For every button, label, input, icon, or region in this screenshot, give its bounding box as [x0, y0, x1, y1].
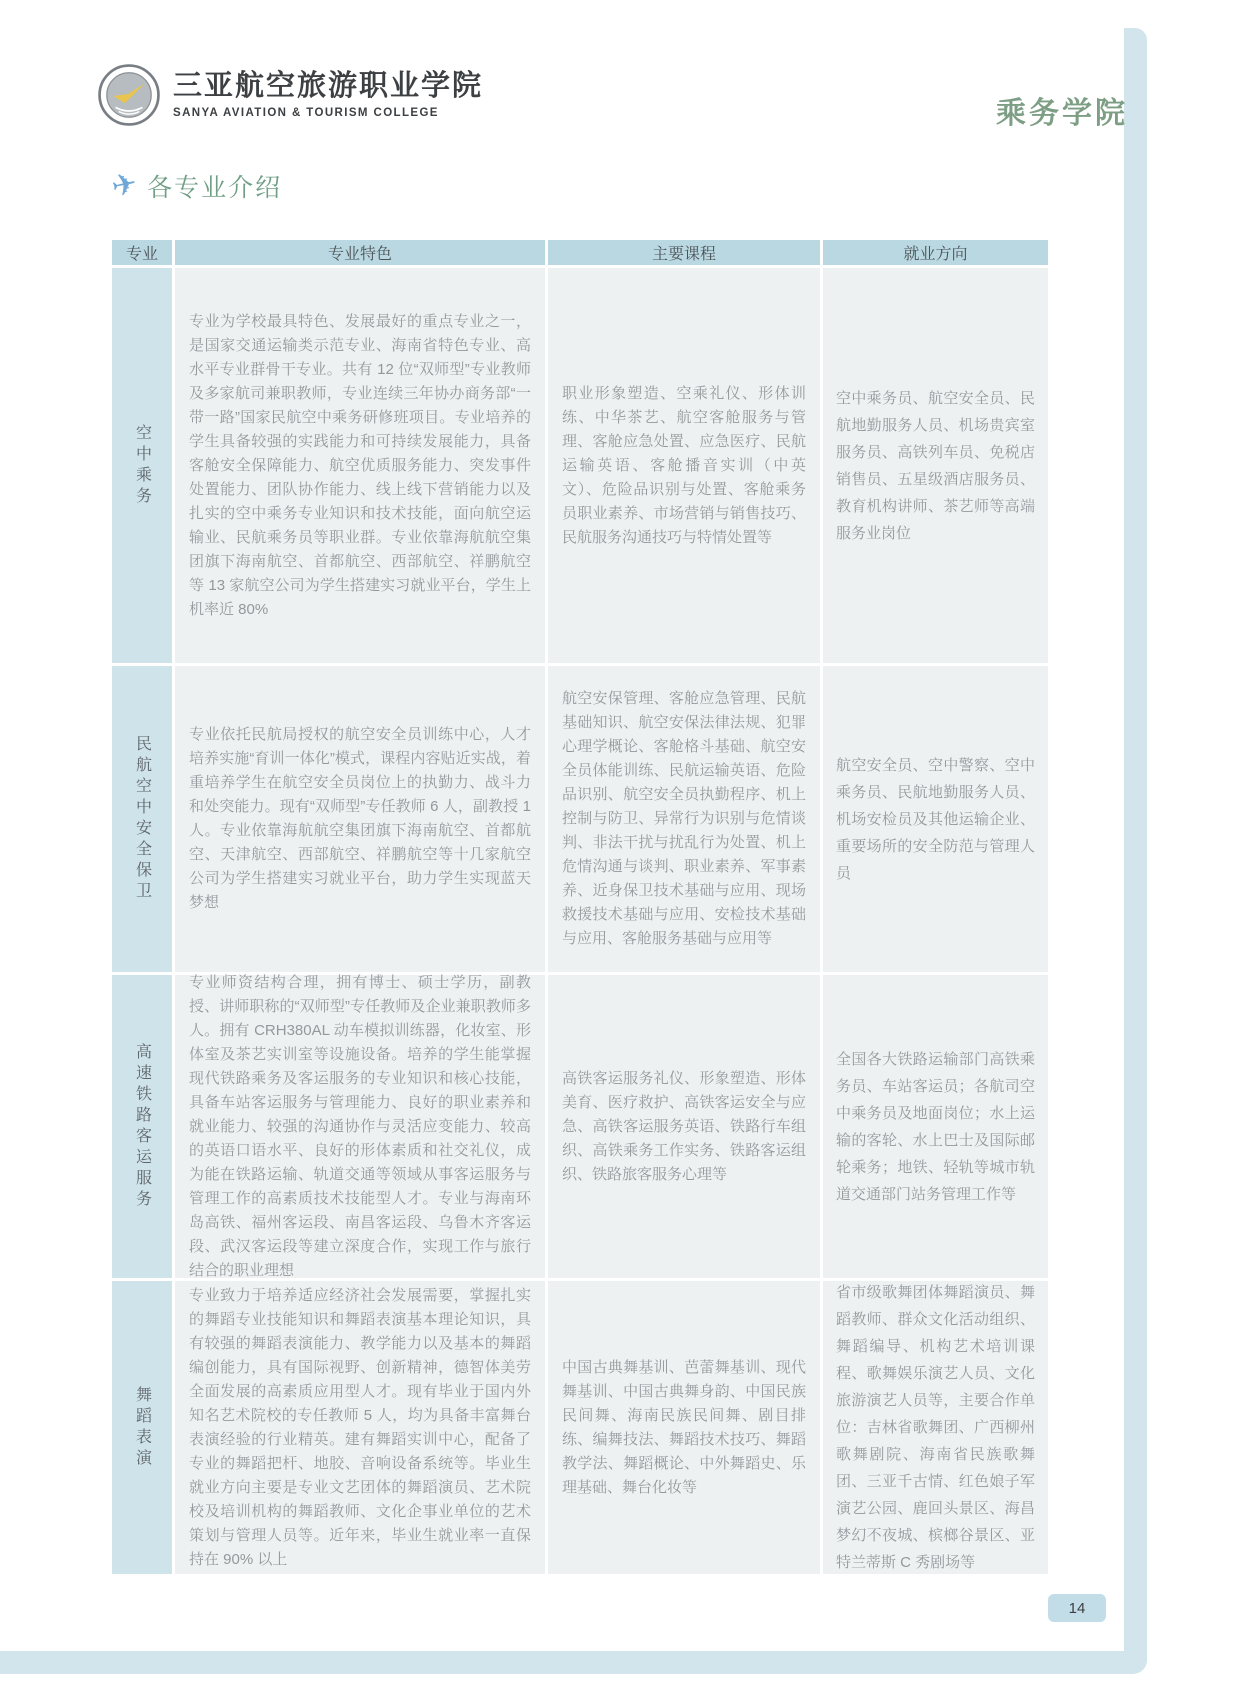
section-header: ✈ 各专业介绍 [112, 168, 282, 204]
major-cell: 民航空中安全保卫 [112, 666, 172, 972]
courses-text: 中国古典舞基训、芭蕾舞基训、现代舞基训、中国古典舞身韵、中国民族民间舞、海南民族… [562, 1356, 806, 1500]
page-number: 14 [1048, 1594, 1106, 1622]
features-cell: 专业师资结构合理，拥有博士、硕士学历，副教授、讲师职称的“双师型”专任教师及企业… [175, 975, 545, 1278]
features-text: 专业为学校最具特色、发展最好的重点专业之一，是国家交通运输类示范专业、海南省特色… [189, 310, 531, 622]
major-cell: 空中乘务 [112, 268, 172, 663]
courses-text: 高铁客运服务礼仪、形象塑造、形体美育、医疗救护、高铁客运安全与应急、高铁客运服务… [562, 1067, 806, 1187]
department-title: 乘务学院 [996, 88, 1128, 132]
college-logo: 三亚航空旅游职业学院 SANYA AVIATION & TOURISM COLL… [98, 64, 483, 126]
employment-cell: 全国各大铁路运输部门高铁乘务员、车站客运员；各航司空中乘务员及地面岗位；水上运输… [823, 975, 1048, 1278]
major-cell: 高速铁路客运服务 [112, 975, 172, 1278]
majors-table: 专业 专业特色 主要课程 就业方向 空中乘务 专业为学校最具特色、发展最好的重点… [112, 240, 1048, 1574]
courses-cell: 中国古典舞基训、芭蕾舞基训、现代舞基训、中国古典舞身韵、中国民族民间舞、海南民族… [548, 1281, 820, 1574]
features-text: 专业依托民航局授权的航空安全员训练中心，人才培养实施“育训一体化”模式，课程内容… [189, 723, 531, 915]
features-cell: 专业依托民航局授权的航空安全员训练中心，人才培养实施“育训一体化”模式，课程内容… [175, 666, 545, 972]
features-text: 专业致力于培养适应经济社会发展需要，掌握扎实的舞蹈专业技能知识和舞蹈表演基本理论… [189, 1284, 531, 1572]
employment-text: 全国各大铁路运输部门高铁乘务员、车站客运员；各航司空中乘务员及地面岗位；水上运输… [836, 1046, 1035, 1208]
features-text: 专业师资结构合理，拥有博士、硕士学历，副教授、讲师职称的“双师型”专任教师及企业… [189, 971, 531, 1283]
major-label: 舞蹈表演 [131, 1386, 154, 1470]
employment-cell: 省市级歌舞团体舞蹈演员、舞蹈教师、群众文化活动组织、舞蹈编导、机构艺术培训课程、… [823, 1281, 1048, 1574]
employment-text: 省市级歌舞团体舞蹈演员、舞蹈教师、群众文化活动组织、舞蹈编导、机构艺术培训课程、… [836, 1279, 1035, 1576]
courses-text: 航空安保管理、客舱应急管理、民航基础知识、航空安保法律法规、犯罪心理学概论、客舱… [562, 687, 806, 951]
header-cell-employment: 就业方向 [823, 240, 1048, 265]
header-cell-major: 专业 [112, 240, 172, 265]
courses-cell: 职业形象塑造、空乘礼仪、形体训练、中华茶艺、航空客舱服务与管理、客舱应急处置、应… [548, 268, 820, 663]
employment-cell: 航空安全员、空中警察、空中乘务员、民航地勤服务人员、机场安检员及其他运输企业、重… [823, 666, 1048, 972]
major-label: 空中乘务 [131, 424, 154, 508]
header-cell-features: 专业特色 [175, 240, 545, 265]
major-label: 高速铁路客运服务 [131, 1043, 154, 1211]
courses-cell: 航空安保管理、客舱应急管理、民航基础知识、航空安保法律法规、犯罪心理学概论、客舱… [548, 666, 820, 972]
college-name-cn: 三亚航空旅游职业学院 [173, 71, 483, 103]
employment-text: 航空安全员、空中警察、空中乘务员、民航地勤服务人员、机场安检员及其他运输企业、重… [836, 752, 1035, 887]
features-cell: 专业致力于培养适应经济社会发展需要，掌握扎实的舞蹈专业技能知识和舞蹈表演基本理论… [175, 1281, 545, 1574]
courses-text: 职业形象塑造、空乘礼仪、形体训练、中华茶艺、航空客舱服务与管理、客舱应急处置、应… [562, 382, 806, 550]
section-title: 各专业介绍 [147, 168, 282, 204]
college-logo-text: 三亚航空旅游职业学院 SANYA AVIATION & TOURISM COLL… [173, 71, 483, 119]
major-cell: 舞蹈表演 [112, 1281, 172, 1574]
features-cell: 专业为学校最具特色、发展最好的重点专业之一，是国家交通运输类示范专业、海南省特色… [175, 268, 545, 663]
college-emblem-icon [98, 64, 160, 126]
college-name-en: SANYA AVIATION & TOURISM COLLEGE [173, 107, 483, 119]
header-cell-courses: 主要课程 [548, 240, 820, 265]
airplane-icon: ✈ [109, 169, 140, 204]
major-label: 民航空中安全保卫 [131, 735, 154, 903]
courses-cell: 高铁客运服务礼仪、形象塑造、形体美育、医疗救护、高铁客运安全与应急、高铁客运服务… [548, 975, 820, 1278]
employment-cell: 空中乘务员、航空安全员、民航地勤服务人员、机场贵宾室服务员、高铁列车员、免税店销… [823, 268, 1048, 663]
employment-text: 空中乘务员、航空安全员、民航地勤服务人员、机场贵宾室服务员、高铁列车员、免税店销… [836, 385, 1035, 547]
